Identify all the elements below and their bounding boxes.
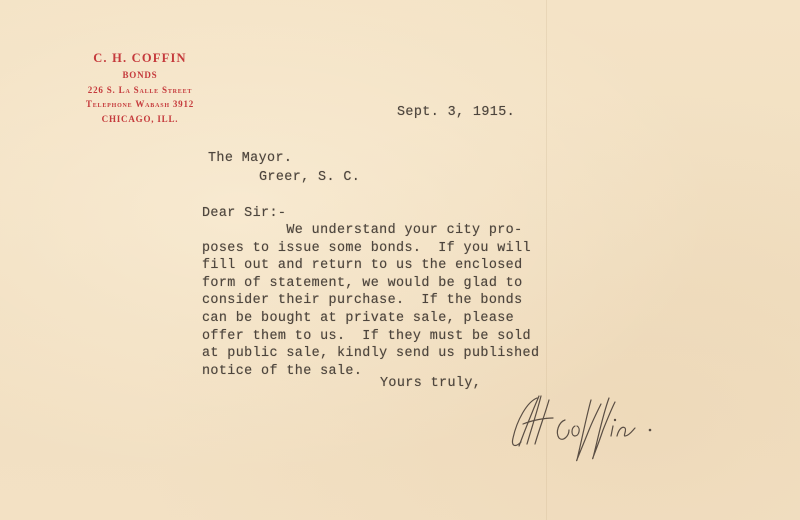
letterhead-business: BONDS	[40, 68, 240, 83]
letterhead-name: C. H. COFFIN	[40, 50, 240, 66]
letterhead-telephone: Telephone Wabash 3912	[40, 97, 240, 112]
closing: Yours truly,	[380, 376, 481, 391]
letterhead: C. H. COFFIN BONDS 226 S. La Salle Stree…	[40, 50, 240, 126]
letter-date: Sept. 3, 1915.	[397, 105, 515, 120]
body-line: notice of the sale.	[202, 363, 362, 381]
body-line: at public sale, kindly send us published	[202, 345, 539, 363]
body-line: fill out and return to us the enclosed	[202, 257, 523, 275]
body-line: consider their purchase. If the bonds	[202, 292, 523, 310]
body-line: offer them to us. If they must be sold	[202, 328, 531, 346]
body-line: poses to issue some bonds. If you will	[202, 240, 531, 258]
salutation: Dear Sir:-	[202, 206, 286, 221]
letterhead-city: CHICAGO, ILL.	[40, 112, 240, 127]
recipient-line-1: The Mayor.	[208, 151, 292, 166]
body-line: We understand your city pro-	[202, 222, 523, 240]
letterhead-address: 226 S. La Salle Street	[40, 83, 240, 98]
body-line: can be bought at private sale, please	[202, 310, 514, 328]
recipient-line-2: Greer, S. C.	[259, 170, 360, 185]
body-line: form of statement, we would be glad to	[202, 275, 523, 293]
signature	[505, 390, 655, 465]
